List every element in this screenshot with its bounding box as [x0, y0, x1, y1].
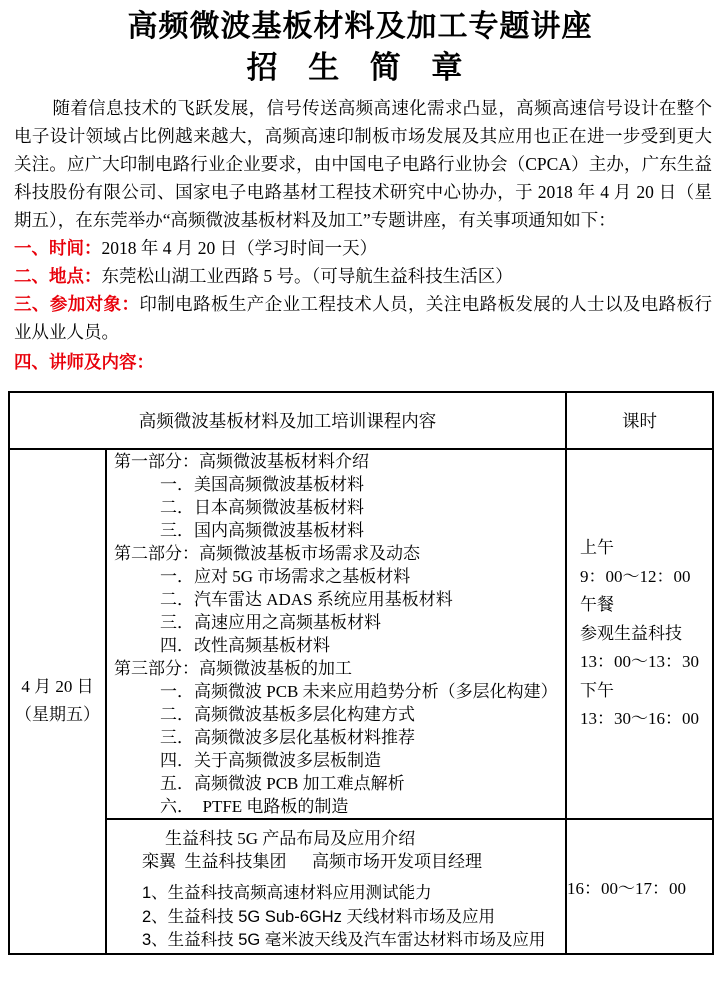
course-line: 第二部分：高频微波基板市场需求及动态: [107, 542, 565, 565]
schedule-cell: 上午 9：00～12：00 午餐 参观生益科技 13：00～13：30 下午 1…: [566, 449, 713, 819]
course-line: 三．国内高频微波基板材料: [107, 519, 565, 542]
course-line: 二．日本高频微波基板材料: [107, 496, 565, 519]
table-row-day-session: 4 月 20 日 （星期五） 第一部分：高频微波基板材料介绍 一．美国高频微波基…: [9, 449, 713, 819]
course-content-cell: 第一部分：高频微波基板材料介绍 一．美国高频微波基板材料 二．日本高频微波基板材…: [106, 449, 566, 819]
table-row-evening-session: 生益科技 5G 产品布局及应用介绍 栾翼 生益科技集团 高频市场开发项目经理 1…: [9, 819, 713, 954]
course-line: 一．应对 5G 市场需求之基板材料: [107, 565, 565, 588]
schedule-line: 13：00～13：30: [567, 648, 712, 677]
notice-item-label: 三、参加对象：: [14, 294, 139, 314]
course-line: 三．高速应用之高频基板材料: [107, 611, 565, 634]
document-page: 高频微波基板材料及加工专题讲座 招 生 简 章 随着信息技术的飞跃发展，信号传送…: [0, 0, 720, 1004]
course-line: 第三部分：高频微波基板的加工: [107, 657, 565, 680]
intro-paragraph: 随着信息技术的飞跃发展，信号传送高频高速化需求凸显，高频高速信号设计在整个电子设…: [14, 94, 712, 234]
session2-title: 生益科技 5G 产品布局及应用介绍: [107, 827, 565, 850]
course-line: 一．美国高频微波基板材料: [107, 473, 565, 496]
schedule-line: 下午: [567, 677, 712, 706]
date-line2: （星期五）: [10, 701, 105, 729]
schedule-line: 13：30～16：00: [567, 705, 712, 734]
notice-item: 四、讲师及内容：: [14, 348, 712, 376]
session2-point: 2、生益科技 5G Sub-6GHz 天线材料市场及应用: [107, 906, 565, 930]
notice-item-text: 2018 年 4 月 20 日（学习时间一天）: [102, 238, 378, 258]
course-line: 二．高频微波基板多层化构建方式: [107, 703, 565, 726]
notice-item: 三、参加对象：印制电路板生产企业工程技术人员，关注电路板发展的人士以及电路板行业…: [14, 290, 712, 346]
course-line: 一．高频微波 PCB 未来应用趋势分析（多层化构建）: [107, 680, 565, 703]
course-line: 三．高频微波多层化基板材料推荐: [107, 726, 565, 749]
notice-list: 一、时间：2018 年 4 月 20 日（学习时间一天） 二、地点：东莞松山湖工…: [14, 234, 712, 376]
course-line: 四．改性高频基板材料: [107, 634, 565, 657]
course-line: 第一部分：高频微波基板材料介绍: [107, 450, 565, 473]
notice-item: 一、时间：2018 年 4 月 20 日（学习时间一天）: [14, 234, 712, 262]
session2-point: 3、生益科技 5G 毫米波天线及汽车雷达材料市场及应用: [107, 929, 565, 953]
page-title: 高频微波基板材料及加工专题讲座: [0, 0, 720, 46]
schedule-line: 参观生益科技: [567, 620, 712, 649]
table-header-hours: 课时: [566, 392, 713, 449]
schedule-line: 上午: [567, 534, 712, 563]
table-header-content: 高频微波基板材料及加工培训课程内容: [9, 392, 566, 449]
schedule-line: 午餐: [567, 591, 712, 620]
date-cell: 4 月 20 日 （星期五）: [9, 449, 106, 954]
notice-item-label: 四、讲师及内容：: [14, 352, 154, 372]
course-line: 五．高频微波 PCB 加工难点解析: [107, 772, 565, 795]
notice-item-label: 一、时间：: [14, 238, 102, 258]
notice-item: 二、地点：东莞松山湖工业西路 5 号。（可导航生益科技生活区）: [14, 262, 712, 290]
notice-item-text: 东莞松山湖工业西路 5 号。（可导航生益科技生活区）: [102, 266, 513, 286]
session2-speaker: 栾翼 生益科技集团 高频市场开发项目经理: [107, 850, 565, 873]
table-header-row: 高频微波基板材料及加工培训课程内容 课时: [9, 392, 713, 449]
course-table: 高频微波基板材料及加工培训课程内容 课时 4 月 20 日 （星期五） 第一部分…: [8, 391, 714, 955]
session2-cell: 生益科技 5G 产品布局及应用介绍 栾翼 生益科技集团 高频市场开发项目经理 1…: [106, 819, 566, 954]
date-line1: 4 月 20 日: [10, 673, 105, 701]
course-line: 二．汽车雷达 ADAS 系统应用基板材料: [107, 588, 565, 611]
course-line: 四．关于高频微波多层板制造: [107, 749, 565, 772]
notice-item-label: 二、地点：: [14, 266, 102, 286]
session2-time-cell: 16：00～17：00: [566, 819, 713, 954]
session2-points: 1、生益科技高频高速材料应用测试能力 2、生益科技 5G Sub-6GHz 天线…: [107, 882, 565, 953]
schedule-line: 9：00～12：00: [567, 563, 712, 592]
page-subtitle: 招 生 简 章: [0, 48, 720, 88]
course-line: 六． PTFE 电路板的制造: [107, 795, 565, 818]
session2-point: 1、生益科技高频高速材料应用测试能力: [107, 882, 565, 906]
